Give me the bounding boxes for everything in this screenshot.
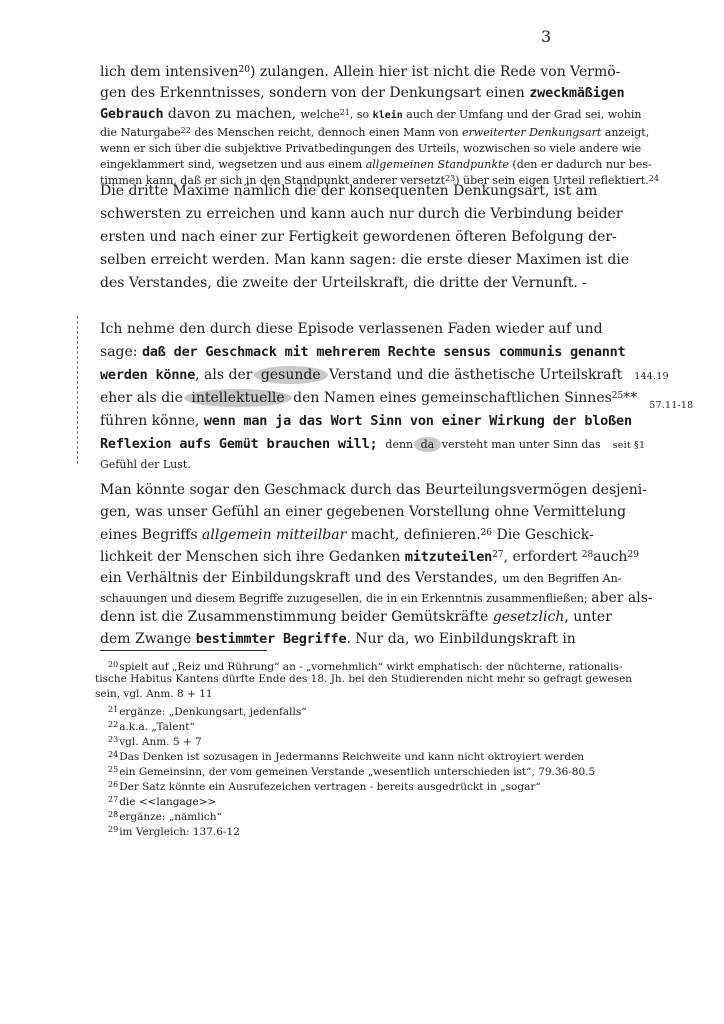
text-segment: führen könne,	[100, 413, 204, 429]
text-line: Man könnte sogar den Geschmack durch das…	[100, 478, 653, 500]
text-line: schwersten zu erreichen und kann auch nu…	[100, 201, 629, 224]
text-segment: Verstand und die ästhetische Urteilskraf…	[325, 367, 623, 383]
typewriter-segment: zweckmäßigen	[529, 85, 624, 101]
footnote-line: 24Das Denken ist sozusagen in Jedermanns…	[95, 747, 655, 762]
text-segment: macht, definieren.	[346, 527, 480, 543]
text-segment: ein Verhältnis der Einbildungskraft und …	[100, 570, 502, 586]
text-segment: , als der	[195, 367, 257, 383]
smallprint-segment: , so	[350, 108, 373, 121]
italic-segment: gesetzlich	[493, 609, 565, 625]
text-segment: sage:	[100, 344, 142, 360]
typewriter-segment: mitzuteilen	[405, 549, 492, 565]
footnote-text: im Vergleich: 137.6-12	[119, 826, 240, 838]
text-line: gen, was unser Gefühl an einer gegebenen…	[100, 500, 653, 522]
text-segment: ersten und nach einer zur Fertigkeit gew…	[100, 229, 617, 245]
footnote-reference: 26	[481, 528, 492, 538]
smallprint-segment: Gefühl der Lust.	[100, 458, 191, 471]
text-segment: selben erreicht werden. Man kann sagen: …	[100, 252, 629, 268]
smallprint-segment: die Naturgabe	[100, 126, 181, 139]
text-line: denn ist die Zusammenstimmung beider Gem…	[100, 605, 653, 627]
text-line: lichkeit der Menschen sich ihre Gedanken…	[100, 544, 653, 566]
footnote-line: 23vgl. Anm. 5 + 7	[95, 732, 655, 747]
smallprint-segment: wenn er sich über die subjektive Privatb…	[100, 142, 641, 155]
smallprint-segment: schauungen und diesem Begriffe zuzugesel…	[100, 592, 591, 605]
text-line: eher als die intellektuelle den Namen ei…	[100, 385, 693, 408]
paragraph-4: Man könnte sogar den Geschmack durch das…	[100, 478, 653, 649]
text-segment: **	[623, 390, 637, 406]
footnote-line: tische Habitus Kantens dürfte Ende des 1…	[95, 672, 655, 687]
typewriter-segment: Gebrauch	[100, 106, 163, 122]
text-line: eingeklammert sind, wegsetzen und aus ei…	[100, 155, 659, 171]
text-segment: des Verstandes, die zweite der Urteilskr…	[100, 275, 587, 291]
text-line: gen des Erkenntnisses, sondern von der D…	[100, 81, 659, 102]
footnote-reference: 28	[582, 550, 593, 560]
text-segment: eher als die	[100, 390, 187, 406]
text-segment: Ich nehme den durch diese Episode verlas…	[100, 321, 603, 337]
text-segment: Man könnte sogar den Geschmack durch das…	[100, 482, 647, 498]
footnote-reference: 27	[492, 550, 503, 560]
highlighted-text: gesunde	[254, 366, 328, 384]
paragraph-3: Ich nehme den durch diese Episode verlas…	[100, 316, 693, 472]
italic-segment: allgemein mitteilbar	[202, 527, 346, 543]
footnote-reference: 22	[181, 126, 191, 135]
text-segment: , erfordert	[504, 549, 582, 565]
text-segment: Die Geschick-	[492, 527, 594, 543]
text-line: sage: daß der Geschmack mit mehrerem Rec…	[100, 339, 693, 362]
footnote-reference: 20	[239, 65, 250, 75]
text-segment: den Namen eines gemeinschaftlichen Sinne…	[289, 390, 612, 406]
typewriter-segment: daß der Geschmack mit mehrerem Rechte se…	[142, 344, 626, 360]
smallprint-italic-segment: erweiterter Denkungsart	[462, 126, 601, 139]
text-segment: lich dem intensiven	[100, 64, 239, 80]
text-segment: Die dritte Maxime nämlich die der konseq…	[100, 183, 597, 199]
footnote-reference: 25	[612, 391, 623, 401]
smallprint-italic-segment: allgemeinen Standpunkte	[366, 158, 509, 171]
smallprint-segment: (den er dadurch nur bes-	[509, 158, 652, 171]
text-line: führen könne, wenn man ja das Wort Sinn …	[100, 408, 693, 431]
text-line: die Naturgabe22 des Menschen reicht, den…	[100, 123, 659, 139]
text-segment: davon zu machen,	[163, 106, 300, 122]
margin-dashed-line	[77, 316, 78, 464]
text-segment: ) zulangen. Allein hier ist nicht die Re…	[250, 64, 620, 80]
text-segment: denn ist die Zusammenstimmung beider Gem…	[100, 609, 493, 625]
typewriter-segment: bestimmter Begriffe	[196, 631, 347, 647]
text-line: eines Begriffs allgemein mitteilbar mach…	[100, 522, 653, 544]
margin-note: seit §1	[613, 440, 646, 451]
text-line: schauungen und diesem Begriffe zuzugesel…	[100, 588, 653, 605]
footnote-marker: 25	[108, 765, 119, 774]
footnote-text: tische Habitus Kantens dürfte Ende des 1…	[95, 673, 632, 685]
text-line: Gebrauch davon zu machen, welche21, so k…	[100, 102, 659, 123]
highlighted-text: intellektuelle	[184, 389, 291, 407]
text-line: Gefühl der Lust.	[100, 454, 693, 472]
text-segment: aber als-	[591, 590, 652, 606]
footnote-reference: 21	[340, 108, 350, 117]
text-line: ersten und nach einer zur Fertigkeit gew…	[100, 224, 629, 247]
footnote-rule	[100, 650, 267, 651]
footnote-marker: 24	[108, 750, 119, 759]
smallprint-typewriter-segment: klein	[373, 110, 403, 121]
footnote-line: sein, vgl. Anm. 8 + 11	[95, 687, 655, 702]
footnote-line: 25ein Gemeinsinn, der vom gemeinen Verst…	[95, 762, 655, 777]
smallprint-segment: des Menschen reicht, dennoch einen Mann …	[191, 126, 462, 139]
text-line: Ich nehme den durch diese Episode verlas…	[100, 316, 693, 339]
text-line: wenn er sich über die subjektive Privatb…	[100, 139, 659, 155]
footnote-line: 28ergänze: „nämlich“	[95, 807, 655, 822]
typewriter-segment: werden könne	[100, 367, 195, 383]
smallprint-segment: eingeklammert sind, wegsetzen und aus ei…	[100, 158, 366, 171]
footnote-line: 20spielt auf „Reiz und Rührung“ an - „vo…	[95, 657, 655, 672]
text-segment: dem Zwange	[100, 631, 196, 647]
text-line: werden könne, als der gesunde Verstand u…	[100, 362, 693, 385]
text-segment: schwersten zu erreichen und kann auch nu…	[100, 206, 623, 222]
text-segment: . Nur da, wo Einbildungskraft in	[346, 631, 575, 647]
footnote-line: 29im Vergleich: 137.6-12	[95, 822, 655, 837]
smallprint-segment: denn	[385, 438, 416, 451]
footnote-text: sein, vgl. Anm. 8 + 11	[95, 688, 213, 700]
text-line: ein Verhältnis der Einbildungskraft und …	[100, 566, 653, 588]
text-line: Die dritte Maxime nämlich die der konseq…	[100, 178, 629, 201]
page-number: 3	[541, 27, 551, 46]
paragraph-1: lich dem intensiven20) zulangen. Allein …	[100, 60, 659, 187]
text-line: lich dem intensiven20) zulangen. Allein …	[100, 60, 659, 81]
footnote-reference: 29	[627, 550, 638, 560]
footnote-marker: 22	[108, 720, 119, 729]
footnote-marker: 21	[108, 705, 119, 714]
footnotes: 20spielt auf „Reiz und Rührung“ an - „vo…	[95, 657, 655, 837]
smallprint-segment: versteht man unter Sinn das	[438, 438, 600, 451]
footnote-marker: 29	[108, 825, 119, 834]
margin-note: 144.19	[634, 371, 668, 382]
footnote-marker: 26	[108, 780, 119, 789]
text-line: dem Zwange bestimmter Begriffe. Nur da, …	[100, 627, 653, 649]
typewriter-segment: Reflexion aufs Gemüt brauchen will;	[100, 436, 385, 452]
footnote-line: 26Der Satz könnte ein Ausrufezeichen ver…	[95, 777, 655, 792]
text-segment: gen des Erkenntnisses, sondern von der D…	[100, 85, 529, 101]
footnote-line: 22a.k.a. „Talent“	[95, 717, 655, 732]
text-segment: , unter	[564, 609, 612, 625]
footnote-line: 27die <<langage>>	[95, 792, 655, 807]
smallprint-segment: anzeigt,	[601, 126, 649, 139]
smallprint-segment: auch der Umfang und der Grad sei, wohin	[403, 108, 642, 121]
document-page: 3 lich dem intensiven20) zulangen. Allei…	[0, 0, 724, 1024]
footnote-line: 21ergänze: „Denkungsart, jedenfalls“	[95, 702, 655, 717]
text-segment: gen, was unser Gefühl an einer gegebenen…	[100, 504, 626, 520]
paragraph-2: Die dritte Maxime nämlich die der konseq…	[100, 178, 629, 293]
footnote-reference: 24	[649, 174, 659, 183]
text-line: Reflexion aufs Gemüt brauchen will; denn…	[100, 431, 693, 454]
text-segment: eines Begriffs	[100, 527, 202, 543]
smallprint-segment: um den Begriffen An-	[502, 572, 621, 585]
footnote-marker: 23	[108, 735, 119, 744]
typewriter-segment: wenn man ja das Wort Sinn von einer Wirk…	[204, 413, 632, 429]
smallprint-segment: welche	[301, 108, 340, 121]
footnote-marker: 27	[108, 795, 119, 804]
text-segment: lichkeit der Menschen sich ihre Gedanken	[100, 549, 405, 565]
text-line: des Verstandes, die zweite der Urteilskr…	[100, 270, 629, 293]
footnote-marker: 20	[108, 660, 119, 669]
text-line: selben erreicht werden. Man kann sagen: …	[100, 247, 629, 270]
text-segment: auch	[593, 549, 627, 565]
margin-note: 57.11-18	[649, 400, 693, 411]
footnote-marker: 28	[108, 810, 119, 819]
